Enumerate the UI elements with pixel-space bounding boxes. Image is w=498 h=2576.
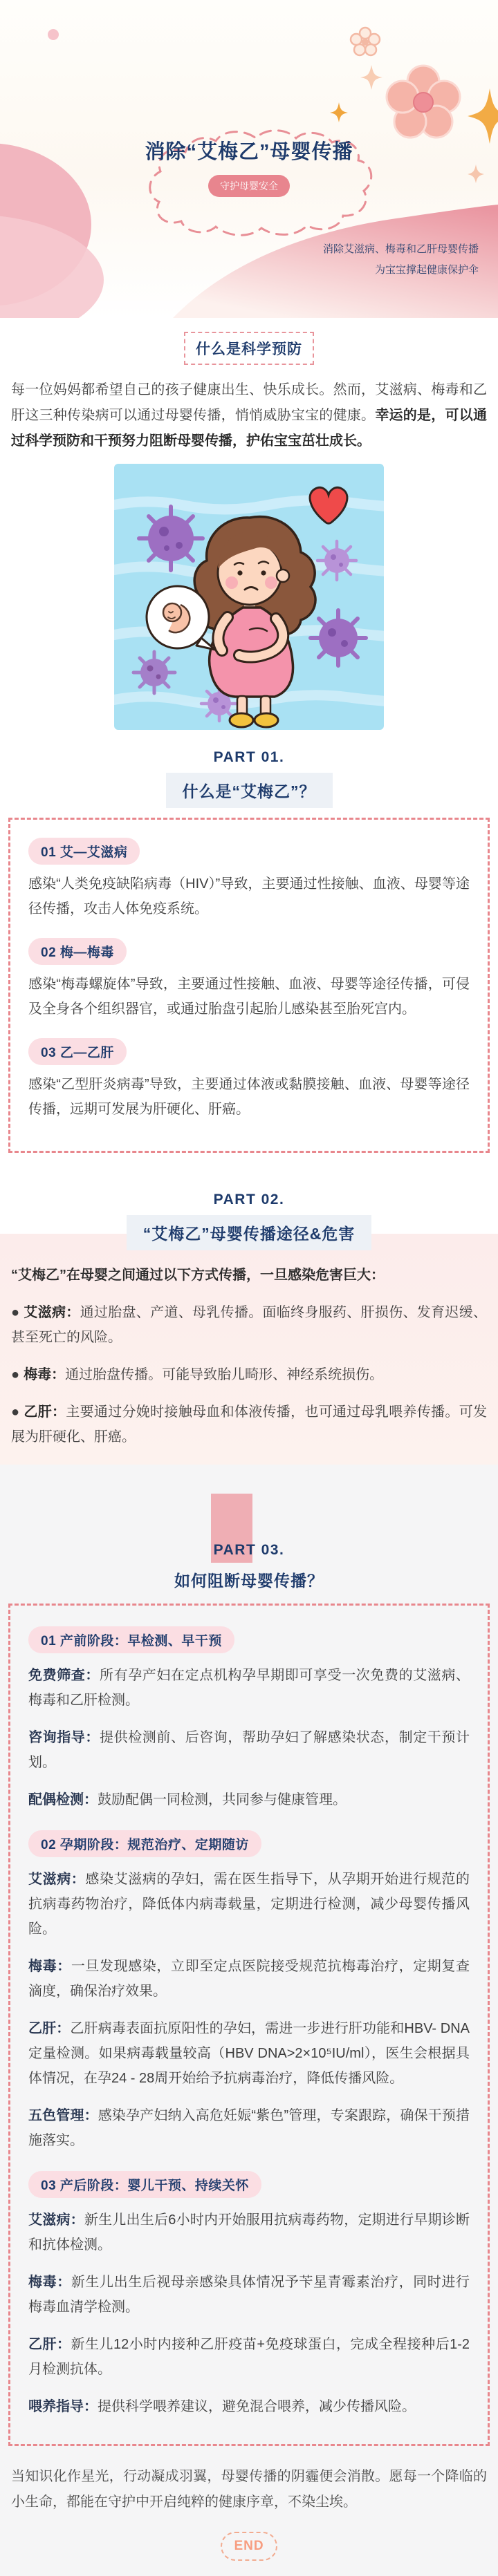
item-text: 一旦发现感染，立即至定点医院接受规范抗梅毒治疗，定期复查滴度，确保治疗效果。 bbox=[28, 1959, 470, 1999]
item-label: 梅毒： bbox=[28, 2275, 71, 2290]
part3-dashed-box: 01 产前阶段：早检测、早干预 免费筛查：所有孕产妇在定点机构孕早期即可享受一次… bbox=[8, 1604, 490, 2446]
part3-title: 如何阻断母婴传播？ bbox=[174, 1566, 324, 1594]
sparkle-icon bbox=[360, 65, 382, 90]
part1-item2-badge: 02 梅—梅毒 bbox=[28, 938, 127, 965]
bullet-dot-icon: ● bbox=[11, 1367, 19, 1382]
item-text: 乙肝病毒表面抗原阳性的孕妇，需进一步进行肝功能和HBV- DNA定量检测。如果病… bbox=[28, 2021, 470, 2086]
item-label: 咨询指导： bbox=[28, 1730, 100, 1745]
header-badge: 守护母婴安全 bbox=[208, 175, 290, 197]
part3-item: 配偶检测：鼓励配偶一同检测，共同参与健康管理。 bbox=[28, 1787, 470, 1812]
bullet-text: 通过胎盘传播。可能导致胎儿畸形、神经系统损伤。 bbox=[65, 1367, 383, 1382]
item-label: 五色管理： bbox=[28, 2108, 98, 2123]
part1-label: PART 01. bbox=[0, 749, 498, 766]
item-text: 新生儿出生后视母亲感染具体情况予苄星青霉素治疗，同时进行梅毒血清学检测。 bbox=[28, 2275, 470, 2315]
part3-label: PART 03. bbox=[0, 1542, 498, 1559]
item-label: 艾滋病： bbox=[28, 2212, 84, 2228]
bullet-text: 通过胎盘、产道、母乳传播。面临终身服药、肝损伤、发育迟缓、甚至死亡的风险。 bbox=[11, 1305, 487, 1345]
virus-icon bbox=[311, 610, 366, 666]
part3-item: 咨询指导：提供检测前、后咨询，帮助孕妇了解感染状态，制定干预计划。 bbox=[28, 1725, 470, 1775]
part3-item: 乙肝：乙肝病毒表面抗原阳性的孕妇，需进一步进行肝功能和HBV- DNA定量检测。… bbox=[28, 2016, 470, 2091]
item-text: 新生儿出生后6小时内开始服用抗病毒药物，定期进行早期诊断和抗体检测。 bbox=[28, 2212, 470, 2253]
bullet-label: 梅毒： bbox=[24, 1367, 65, 1382]
part3-group1-badge-row: 01 产前阶段：早检测、早干预 bbox=[28, 1626, 470, 1653]
part1-item1-badge: 01 艾—艾滋病 bbox=[28, 838, 140, 865]
virus-icon bbox=[139, 507, 203, 570]
item-label: 免费筛查： bbox=[28, 1668, 100, 1683]
virus-icon bbox=[133, 652, 175, 693]
small-flower-icon bbox=[351, 28, 380, 55]
large-flower-icon bbox=[387, 66, 460, 138]
part1-item3-badge: 03 乙—乙肝 bbox=[28, 1038, 127, 1065]
part2-intro: “艾梅乙”在母婴之间通过以下方式传播，一旦感染危害巨大： bbox=[11, 1263, 487, 1288]
part3-item: 艾滋病：感染艾滋病的孕妇，需在医生指导下，从孕期开始进行规范的抗病毒药物治疗，降… bbox=[28, 1867, 470, 1942]
part2-bullet-hepb: ●乙肝：主要通过分娩时接触母血和体液传播，也可通过母乳喂养传播。可发展为肝硬化、… bbox=[11, 1400, 487, 1449]
part1-dashed-box: 01 艾—艾滋病 感染“人类免疫缺陷病毒（HIV）”导致，主要通过性接触、血液、… bbox=[8, 818, 490, 1153]
item-label: 艾滋病： bbox=[28, 1872, 85, 1887]
part2-title-row: “艾梅乙”母婴传播途径&危害 bbox=[0, 1215, 498, 1250]
science-prevention-label-row: 什么是科学预防 bbox=[0, 332, 498, 365]
sparkle-icon bbox=[468, 164, 484, 183]
pregnant-woman-illustration bbox=[114, 464, 384, 730]
bullet-dot-icon: ● bbox=[11, 1404, 19, 1420]
part3-group2-badge: 02 孕期阶段：规范治疗、定期随访 bbox=[28, 1830, 261, 1857]
item-text: 感染艾滋病的孕妇，需在医生指导下，从孕期开始进行规范的抗病毒药物治疗，降低体内病… bbox=[28, 1872, 470, 1937]
item-label: 配偶检测： bbox=[28, 1792, 98, 1807]
part3-title-row: 如何阻断母婴传播？ bbox=[0, 1566, 498, 1594]
part1-item2-text: 感染“梅毒螺旋体”导致，主要通过性接触、血液、母婴等途径传播，可侵及全身各个组织… bbox=[28, 972, 470, 1022]
part2-bullet-aids: ●艾滋病：通过胎盘、产道、母乳传播。面临终身服药、肝损伤、发育迟缓、甚至死亡的风… bbox=[11, 1300, 487, 1350]
part3-group2-badge-row: 02 孕期阶段：规范治疗、定期随访 bbox=[28, 1830, 470, 1857]
part3-group3-badge-row: 03 产后阶段：婴儿干预、持续关怀 bbox=[28, 2171, 470, 2198]
part1-title: 什么是“艾梅乙”？ bbox=[166, 773, 333, 808]
part2-bullet-syphilis: ●梅毒：通过胎盘传播。可能导致胎儿畸形、神经系统损伤。 bbox=[11, 1362, 487, 1387]
sparkle-icon bbox=[468, 88, 498, 144]
header-banner: 消除“艾梅乙”母婴传播 守护母婴安全 消除艾滋病、梅毒和乙肝母婴传播 为宝宝撑起… bbox=[0, 0, 498, 318]
part3-group1-badge: 01 产前阶段：早检测、早干预 bbox=[28, 1626, 234, 1653]
item-label: 梅毒： bbox=[28, 1959, 71, 1974]
item-text: 鼓励配偶一同检测，共同参与健康管理。 bbox=[98, 1792, 347, 1807]
part3-item: 艾滋病：新生儿出生后6小时内开始服用抗病毒药物，定期进行早期诊断和抗体检测。 bbox=[28, 2208, 470, 2257]
item-text: 提供科学喂养建议，避免混合喂养，减少传播风险。 bbox=[98, 2399, 416, 2414]
pink-blob-left bbox=[0, 143, 104, 318]
part3-item: 免费筛查：所有孕产妇在定点机构孕早期即可享受一次免费的艾滋病、梅毒和乙肝检测。 bbox=[28, 1663, 470, 1713]
part2-label: PART 02. bbox=[0, 1192, 498, 1208]
part2-pink-section: “艾梅乙”在母婴之间通过以下方式传播，一旦感染危害巨大： ●艾滋病：通过胎盘、产… bbox=[0, 1234, 498, 1465]
part3-item: 梅毒：新生儿出生后视母亲感染具体情况予苄星青霉素治疗，同时进行梅毒血清学检测。 bbox=[28, 2270, 470, 2320]
sparkle-icon bbox=[330, 102, 348, 122]
part1-item3-text: 感染“乙型肝炎病毒”导致，主要通过体液或黏膜接触、血液、母婴等途径传播，远期可发… bbox=[28, 1072, 470, 1122]
part3-item: 乙肝：新生儿12小时内接种乙肝疫苗+免疫球蛋白，完成全程接种后1-2月检测抗体。 bbox=[28, 2332, 470, 2382]
illustration-row bbox=[0, 464, 498, 730]
page-title: 消除“艾梅乙”母婴传播 bbox=[0, 136, 498, 164]
bullet-label: 艾滋病： bbox=[24, 1305, 80, 1320]
bullet-text: 主要通过分娩时接触母血和体液传播，也可通过母乳喂养传播。可发展为肝硬化、肝癌。 bbox=[11, 1404, 487, 1445]
science-prevention-label: 什么是科学预防 bbox=[184, 332, 314, 365]
closing-paragraph: 当知识化作星光，行动凝成羽翼，母婴传播的阴霾便会消散。愿每一个降临的小生命，都能… bbox=[11, 2464, 487, 2515]
part3-gray-section: PART 03. 如何阻断母婴传播？ 01 产前阶段：早检测、早干预 免费筛查：… bbox=[0, 1465, 498, 2576]
part3-item: 喂养指导：提供科学喂养建议，避免混合喂养，减少传播风险。 bbox=[28, 2394, 470, 2419]
item-label: 乙肝： bbox=[28, 2337, 71, 2352]
header-subtitle: 消除艾滋病、梅毒和乙肝母婴传播 为宝宝撑起健康保护伞 bbox=[323, 239, 479, 281]
bullet-label: 乙肝： bbox=[24, 1404, 66, 1420]
intro-paragraph: 每一位妈妈都希望自己的孩子健康出生、快乐成长。然而，艾滋病、梅毒和乙肝这三种传染… bbox=[11, 377, 487, 454]
part3-item: 五色管理：感染孕产妇纳入高危妊娠“紫色”管理，专案跟踪，确保干预措施落实。 bbox=[28, 2103, 470, 2153]
part3-item: 梅毒：一旦发现感染，立即至定点医院接受规范抗梅毒治疗，定期复查滴度，确保治疗效果… bbox=[28, 1954, 470, 2004]
part1-item1-text: 感染“人类免疫缺陷病毒（HIV）”导致，主要通过性接触、血液、母婴等途径传播，攻… bbox=[28, 872, 470, 921]
virus-icon bbox=[317, 541, 356, 580]
item-label: 乙肝： bbox=[28, 2021, 70, 2036]
part1-title-row: 什么是“艾梅乙”？ bbox=[0, 773, 498, 808]
subtitle-line-1: 消除艾滋病、梅毒和乙肝母婴传播 bbox=[323, 239, 479, 260]
subtitle-line-2: 为宝宝撑起健康保护伞 bbox=[323, 260, 479, 281]
pink-dot-icon bbox=[48, 29, 59, 40]
part3-heading-block: PART 03. 如何阻断母婴传播？ bbox=[0, 1465, 498, 1594]
end-badge: END bbox=[221, 2532, 277, 2561]
item-label: 喂养指导： bbox=[28, 2399, 98, 2414]
part3-group3-badge: 03 产后阶段：婴儿干预、持续关怀 bbox=[28, 2171, 261, 2198]
part2-title: “艾梅乙”母婴传播途径&危害 bbox=[127, 1215, 372, 1250]
bullet-dot-icon: ● bbox=[11, 1305, 19, 1320]
item-text: 新生儿12小时内接种乙肝疫苗+免疫球蛋白，完成全程接种后1-2月检测抗体。 bbox=[28, 2337, 470, 2377]
